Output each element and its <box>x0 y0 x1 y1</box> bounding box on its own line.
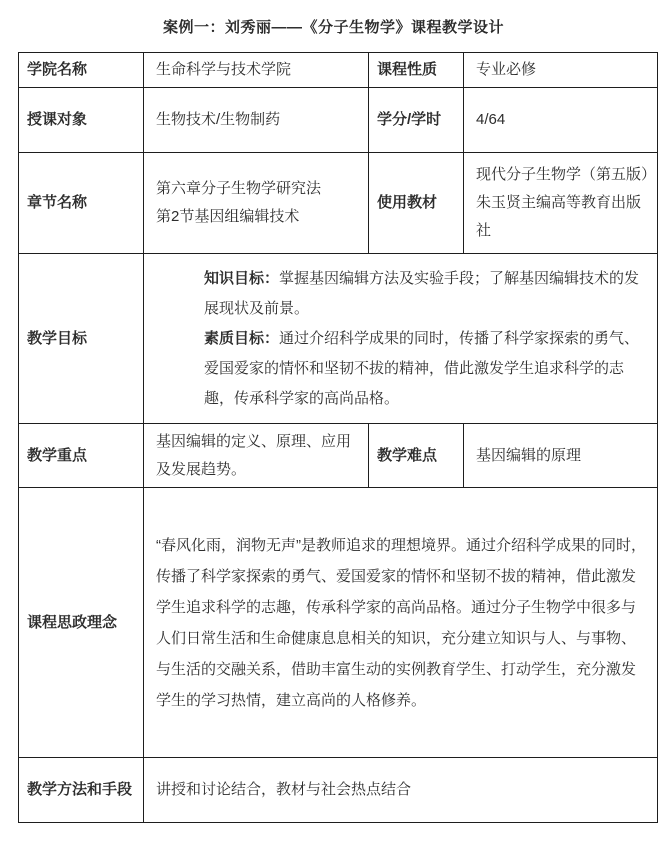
document-page: 案例一：刘秀丽——《分子生物学》课程教学设计 学院名称 生命科学与技术学院 课程… <box>0 0 667 844</box>
chapter-name-line2: 第2节基因组编辑技术 <box>156 203 360 231</box>
teaching-focus-label: 教学重点 <box>19 424 144 488</box>
teaching-target-value: 生物技术/生物制药 <box>144 88 369 153</box>
course-nature-label: 课程性质 <box>369 53 464 88</box>
knowledge-objective-paragraph: 知识目标：掌握基因编辑方法及实验手段；了解基因编辑技术的发展现状及前景。 <box>204 264 647 324</box>
teaching-objectives-value: 知识目标：掌握基因编辑方法及实验手段；了解基因编辑技术的发展现状及前景。 素质目… <box>144 254 658 424</box>
chapter-name-line1: 第六章分子生物学研究法 <box>156 175 360 203</box>
knowledge-objective-prefix: 知识目标： <box>204 270 279 287</box>
teaching-difficulty-label: 教学难点 <box>369 424 464 488</box>
textbook-label: 使用教材 <box>369 153 464 254</box>
college-name-value: 生命科学与技术学院 <box>144 53 369 88</box>
ideology-concept-label: 课程思政理念 <box>19 488 144 758</box>
teaching-methods-label: 教学方法和手段 <box>19 758 144 823</box>
chapter-name-value: 第六章分子生物学研究法 第2节基因组编辑技术 <box>144 153 369 254</box>
ideology-concept-value: “春风化雨，润物无声”是教师追求的理想境界。通过介绍科学成果的同时，传播了科学家… <box>144 488 658 758</box>
credits-hours-label: 学分/学时 <box>369 88 464 153</box>
textbook-line2: 朱玉贤主编高等教育出版社 <box>476 189 649 245</box>
table-row-focus: 教学重点 基因编辑的定义、原理、应用及发展趋势。 教学难点 基因编辑的原理 <box>19 424 658 488</box>
quality-objective-paragraph: 素质目标：通过介绍科学成果的同时，传播了科学家探索的勇气、爱国爱家的情怀和坚韧不… <box>204 324 647 414</box>
table-row-ideology: 课程思政理念 “春风化雨，润物无声”是教师追求的理想境界。通过介绍科学成果的同时… <box>19 488 658 758</box>
teaching-objectives-label: 教学目标 <box>19 254 144 424</box>
course-nature-value: 专业必修 <box>464 53 658 88</box>
credits-hours-value: 4/64 <box>464 88 658 153</box>
table-row-chapter: 章节名称 第六章分子生物学研究法 第2节基因组编辑技术 使用教材 现代分子生物学… <box>19 153 658 254</box>
quality-objective-prefix: 素质目标： <box>204 330 279 347</box>
table-row-students: 授课对象 生物技术/生物制药 学分/学时 4/64 <box>19 88 658 153</box>
college-name-label: 学院名称 <box>19 53 144 88</box>
teaching-focus-value: 基因编辑的定义、原理、应用及发展趋势。 <box>144 424 369 488</box>
table-row-methods: 教学方法和手段 讲授和讨论结合，教材与社会热点结合 <box>19 758 658 823</box>
table-row-objectives: 教学目标 知识目标：掌握基因编辑方法及实验手段；了解基因编辑技术的发展现状及前景… <box>19 254 658 424</box>
table-row-college: 学院名称 生命科学与技术学院 课程性质 专业必修 <box>19 53 658 88</box>
teaching-target-label: 授课对象 <box>19 88 144 153</box>
course-design-table: 学院名称 生命科学与技术学院 课程性质 专业必修 授课对象 生物技术/生物制药 … <box>18 52 658 823</box>
textbook-line1: 现代分子生物学（第五版） <box>476 161 649 189</box>
teaching-methods-value: 讲授和讨论结合，教材与社会热点结合 <box>144 758 658 823</box>
teaching-difficulty-value: 基因编辑的原理 <box>464 424 658 488</box>
page-title: 案例一：刘秀丽——《分子生物学》课程教学设计 <box>0 0 667 37</box>
chapter-name-label: 章节名称 <box>19 153 144 254</box>
textbook-value: 现代分子生物学（第五版） 朱玉贤主编高等教育出版社 <box>464 153 658 254</box>
